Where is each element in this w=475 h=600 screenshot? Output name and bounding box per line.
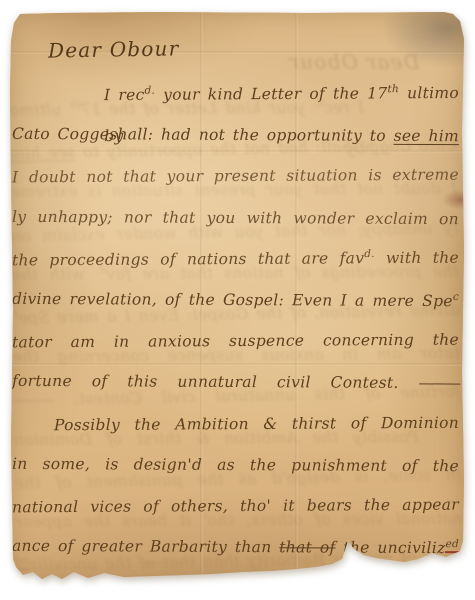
letter-text: ——— [418, 374, 459, 392]
superscript-text: d. [144, 85, 155, 97]
letter-text: that of [279, 538, 335, 556]
letter-text: tator am in anxious suspence concerning … [12, 331, 459, 352]
superscript-text: c [453, 291, 459, 303]
superscript-text: d. [364, 248, 375, 260]
letter-writing: Dear Obour I recd. your kind Letter of t… [12, 23, 459, 568]
letter-line: ly unhappy; nor that you with wonder exc… [12, 196, 459, 240]
letter-text: the proceedings of nations that are fav [12, 249, 364, 269]
superscript-text: th [387, 83, 399, 95]
letter-text: I rec [104, 86, 145, 104]
letter-line: I recd. your kind Letter of the 17th ult… [104, 73, 459, 116]
letter-text: national vices of others, tho' it bears … [12, 496, 459, 517]
letter-line: divine revelation, of the Gospel: Even I… [12, 279, 459, 323]
letter-text: the unciviliz [336, 539, 446, 558]
letter-text: I doubt not that your present situation … [12, 166, 459, 187]
letter-text: with the [375, 248, 459, 267]
letter-text: ance of greater Barbarity than [12, 537, 279, 556]
letter-text: Cato Coggeshall: had not the opportunity… [12, 125, 394, 145]
letter-line: I doubt not that your present situation … [12, 155, 459, 199]
scan-background: Dear Obour I recd. your kind Letter of t… [0, 0, 475, 600]
letter-paper-wrap: Dear Obour I recd. your kind Letter of t… [0, 0, 475, 600]
letter-line: national vices of others, tho' it bears … [12, 485, 459, 529]
letter-text: see him [394, 127, 459, 145]
letter-body: I recd. your kind Letter of the 17th ult… [12, 74, 459, 568]
letter-text: ly unhappy; nor that you with wonder exc… [12, 207, 459, 227]
letter-line: tator am in anxious suspence concerning … [12, 320, 459, 364]
letter-text: your kind Letter of the 17 [155, 84, 387, 103]
letter-text: fortune of this unnatural civil Contest. [12, 372, 419, 392]
letter-paper: Dear Obour I recd. your kind Letter of t… [8, 11, 465, 583]
letter-text: Possibly the Ambition & thirst of Domini… [54, 413, 459, 433]
letter-line: fortune of this unnatural civil Contest.… [12, 361, 459, 405]
letter-line: Cato Coggeshall: had not the opportunity… [12, 114, 459, 158]
letter-line: Possibly the Ambition & thirst of Domini… [54, 402, 459, 446]
letter-line: in some, is design'd as the punishment o… [12, 444, 459, 488]
letter-text: in some, is design'd as the punishment o… [12, 455, 459, 475]
superscript-text: ed [445, 538, 459, 553]
letter-text: divine revelation, of the Gospel: Even I… [12, 290, 453, 310]
letter-line: ance of greater Barbarity than that of t… [12, 526, 459, 570]
salutation: Dear Obour [48, 31, 459, 64]
letter-line: the proceedings of nations that are favd… [12, 237, 459, 281]
